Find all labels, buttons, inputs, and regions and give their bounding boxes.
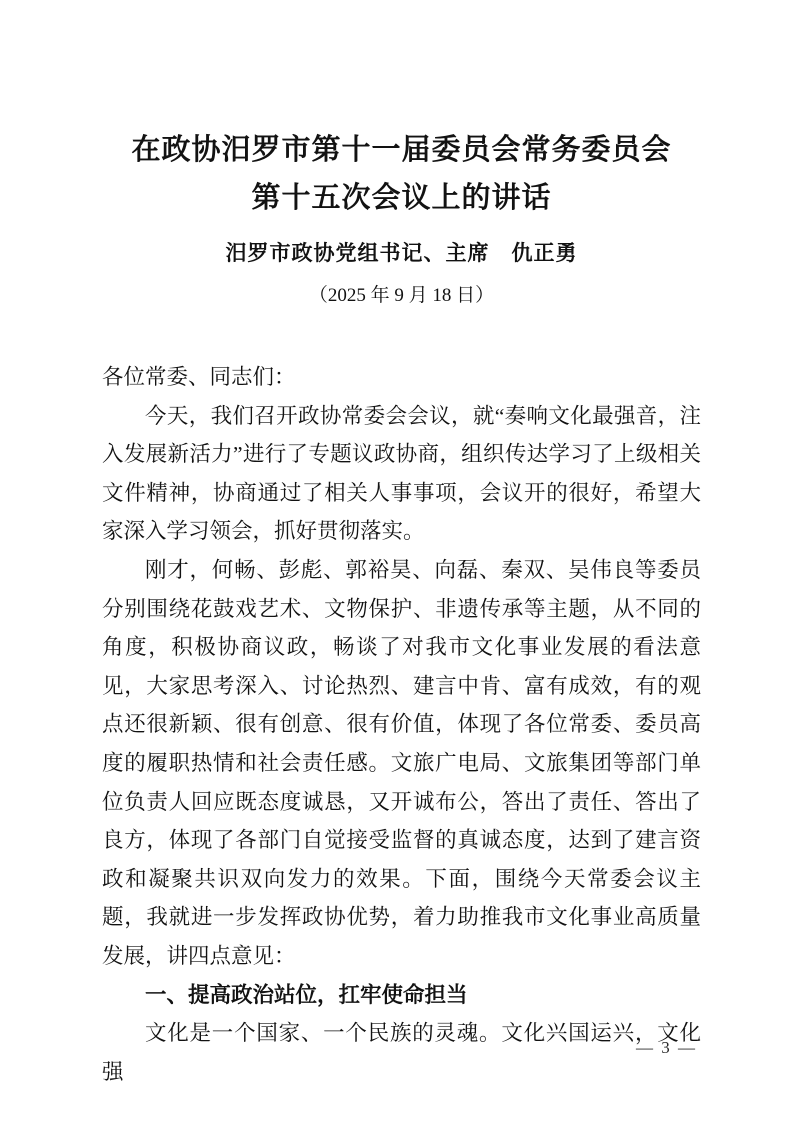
title-line-1: 在政协汨罗市第十一届委员会常务委员会 bbox=[102, 126, 701, 174]
document-title: 在政协汨罗市第十一届委员会常务委员会 第十五次会议上的讲话 bbox=[102, 126, 701, 222]
document-page: 在政协汨罗市第十一届委员会常务委员会 第十五次会议上的讲话 汨罗市政协党组书记、… bbox=[0, 0, 793, 1122]
section-heading-1: 一、提高政治站位，扛牢使命担当 bbox=[102, 976, 701, 1015]
document-header: 在政协汨罗市第十一届委员会常务委员会 第十五次会议上的讲话 汨罗市政协党组书记、… bbox=[102, 126, 701, 309]
title-line-2: 第十五次会议上的讲话 bbox=[102, 174, 701, 222]
paragraph-3: 文化是一个国家、一个民族的灵魂。文化兴国运兴，文化强 bbox=[102, 1014, 701, 1091]
author-line: 汨罗市政协党组书记、主席 仇正勇 bbox=[102, 239, 701, 267]
date-line: （2025 年 9 月 18 日） bbox=[102, 283, 701, 309]
paragraph-2: 刚才，何畅、彭彪、郭裕昊、向磊、秦双、吴伟良等委员分别围绕花鼓戏艺术、文物保护、… bbox=[102, 551, 701, 976]
paragraph-1: 今天，我们召开政协常委会会议，就“奏响文化最强音，注入发展新活力”进行了专题议政… bbox=[102, 397, 701, 551]
speech-body: 各位常委、同志们： 今天，我们召开政协常委会会议，就“奏响文化最强音，注入发展新… bbox=[102, 358, 701, 1091]
page-number: — 3 — bbox=[636, 1038, 697, 1058]
salutation: 各位常委、同志们： bbox=[102, 358, 701, 397]
